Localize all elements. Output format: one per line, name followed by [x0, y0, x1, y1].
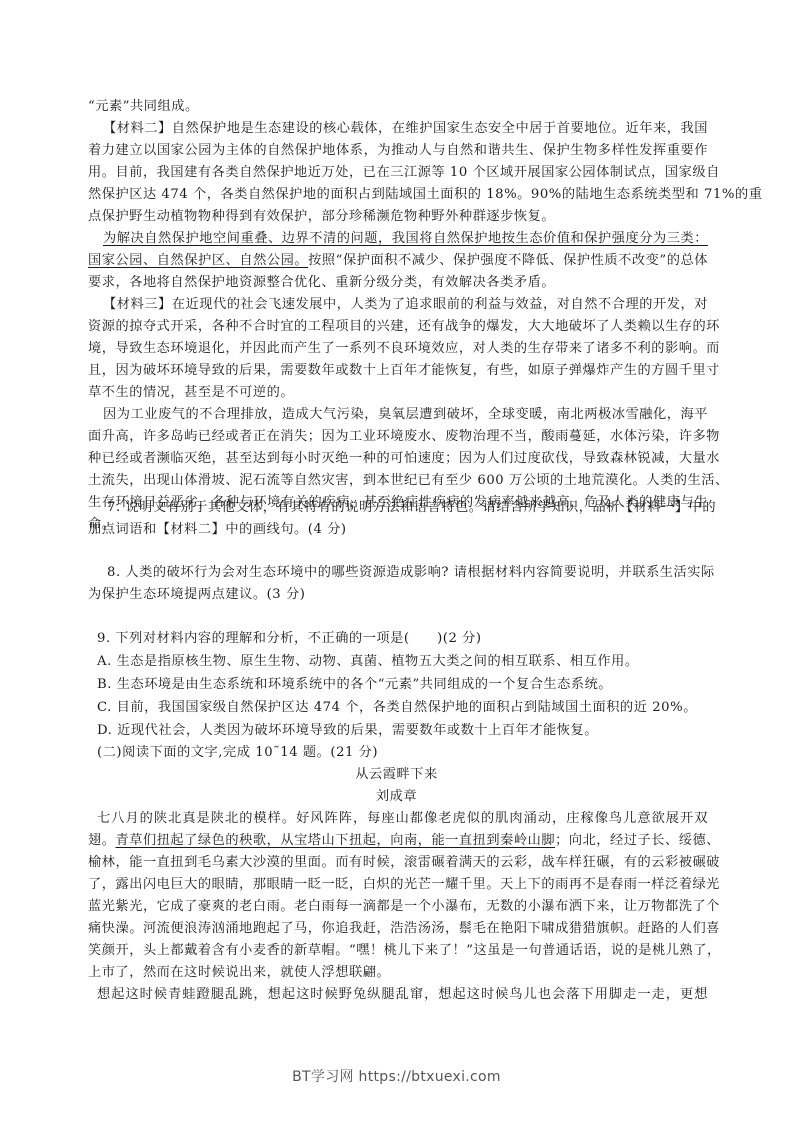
question-9-option-b: B. 生态环境是由生态系统和环境系统中的各个“元素”共同组成的一个复合生态系统。 [97, 674, 717, 696]
material3-line: 【材料三】在近现代的社会飞速发展中，人类为了追求眼前的利益与效益，对自然不合理的… [103, 294, 708, 316]
material3-line: 草不生的情况，甚至是不可逆的。 [88, 382, 708, 404]
material2-line: 然保护区达 474 个，各类自然保护地的面积占到陆域国土面积的 18%。90%的… [88, 184, 708, 206]
material2-text: 按照“保护面积不减少、保护强度不降低、保护性质不改变”的总体 [308, 253, 708, 268]
article-line: 七八月的陕北真是陕北的模样。好风阵阵，每座山都像老虎似的肌肉涌动，庄稼像鸟儿意欲… [97, 808, 708, 830]
question-7-line: 加点词语和【材料二】中的画线句。(4 分) [88, 519, 708, 541]
material2-underlined-sentence: 为解决自然保护地空间重叠、边界不清的问题，我国将自然保护地按生态价值和保护强度分… [103, 228, 708, 250]
question-9-option-a: A. 生态是指原核生物、原生生物、动物、真菌、植物五大类之间的相互联系、相互作用… [97, 651, 717, 673]
article-line: 榆林，能一直扭到毛乌素大沙漠的里面。而有时候，滚雷碾着满天的云彩，战车样狂碾，有… [88, 852, 708, 874]
question-7-line: 7. 说明文有别于其他文体，有其特有的说明方法和语言特色。请结合所学知识，品析【… [107, 497, 708, 519]
article-line: 上市了，然而在这时候说出来，就使人浮想联翩。 [88, 962, 708, 984]
material2-line: 点保护野生动植物物种得到有效保护，部分珍稀濒危物种野外种群逐步恢复。 [88, 206, 708, 228]
article-author: 刘成章 [0, 786, 793, 808]
material3-line: 因为工业废气的不合理排放，造成大气污染，臭氧层遭到破坏，全球变暖，南北两极冰雪融… [103, 404, 708, 426]
material3-line: 面升高，许多岛屿已经或者正在消失；因为工业环境废水、废物治理不当，酸雨蔓延，水体… [88, 426, 708, 448]
material2-line: 国家公园、自然保护区、自然公园。按照“保护面积不减少、保护强度不降低、保护性质不… [88, 250, 708, 272]
underlined-text: 国家公园、自然保护区、自然公园。 [88, 253, 308, 268]
article-line: 蓝光紫光，它成了豪爽的老白雨。老白雨每一滴都是一个小瀑布，无数的小瀑布洒下来，让… [88, 896, 708, 918]
underlined-text: 青草们扭起了绿色的秧歌，从宝塔山下扭起，向南，能一直扭到秦岭山脚 [115, 833, 555, 848]
question-9-option-d: D. 近现代社会，人类因为破坏环境导致的后果，需要数年或数十上百年才能恢复。 [97, 720, 717, 742]
material3-line: 境，导致生态环境退化，并因此而产生了一系列不良环境效应，对人类的生存带来了诸多不… [88, 338, 708, 360]
section2-instruction: (二)阅读下面的文字,完成 10˜14 题。(21 分) [97, 742, 717, 764]
article-text: 翅。 [88, 833, 115, 848]
article-line: 翅。青草们扭起了绿色的秧歌，从宝塔山下扭起，向南，能一直扭到秦岭山脚；向北，经过… [88, 830, 708, 852]
material2-line: 用。目前，我国建有各类自然保护地近万处，已在三江源等 10 个区域开展国家公园体… [88, 162, 708, 184]
underlined-text: 为解决自然保护地空间重叠、边界不清的问题，我国将自然保护地按生态价值和保护强度分… [103, 231, 708, 246]
watermark-footer: BT学习网 https://btxuexi.com [0, 1066, 793, 1086]
article-title: 从云霞畔下来 [0, 764, 793, 786]
article-line: 想起这时候青蛙蹬腿乱跳，想起这时候野兔纵腿乱窜，想起这时候鸟儿也会落下用脚走一走… [97, 984, 708, 1006]
material3-line: 种已经或者濒临灭绝，甚至达到每小时灭绝一种的可怕速度；因为人们过度砍伐，导致森林… [88, 448, 708, 470]
material2-line: 着力建立以国家公园为主体的自然保护地体系，为推动人与自然和谐共生、保护生物多样性… [88, 140, 708, 162]
question-8-line: 8. 人类的破坏行为会对生态环境中的哪些资源造成影响? 请根据材料内容简要说明，… [107, 562, 708, 584]
material3-line: 资源的掠夺式开采，各种不合时宜的工程项目的兴建，还有战争的爆发，大大地破坏了人类… [88, 316, 708, 338]
material2-line: 要求，各地将自然保护地资源整合优化、重新分级分类，有效解决各类矛盾。 [88, 272, 708, 294]
exam-page: “元素”共同组成。 【材料二】自然保护地是生态建设的核心载体，在维护国家生态安全… [0, 0, 793, 1121]
article-line: 笑颜开，头上都戴着含有小麦香的新草帽。“嘿！桃儿下来了！”这虽是一句普通话语，说… [88, 940, 708, 962]
article-line: 痛快澡。河流便浪涛汹涌地跑起了马，你追我赶，浩浩汤汤，鬃毛在艳阳下啸成猎猎旗帜。… [88, 918, 708, 940]
article-text: ；向北，经过子长、绥德、 [555, 833, 720, 848]
question-9-option-c: C. 目前，我国国家级自然保护区达 474 个，各类自然保护地的面积占到陆域国土… [97, 697, 717, 719]
material2-continuation: “元素”共同组成。 [88, 96, 708, 118]
material2-line: 【材料二】自然保护地是生态建设的核心载体，在维护国家生态安全中居于首要地位。近年… [103, 118, 708, 140]
question-9-stem: 9. 下列对材料内容的理解和分析，不正确的一项是( )(2 分) [97, 628, 717, 650]
material3-line: 土流失，出现山体滑坡、泥石流等自然灾害，到本世纪已有至少 600 万公顷的土地荒… [88, 470, 708, 492]
material3-line: 且，因为破坏环境导致的后果，需要数年或数十上百年才能恢复，有些，如原子弹爆炸产生… [88, 360, 708, 382]
article-line: 了，露出闪电巨大的眼睛，那眼睛一眨一眨，白炽的光芒一耀千里。天上下的雨再不是春雨… [88, 874, 708, 896]
question-8-line: 为保护生态环境提两点建议。(3 分) [88, 584, 708, 606]
